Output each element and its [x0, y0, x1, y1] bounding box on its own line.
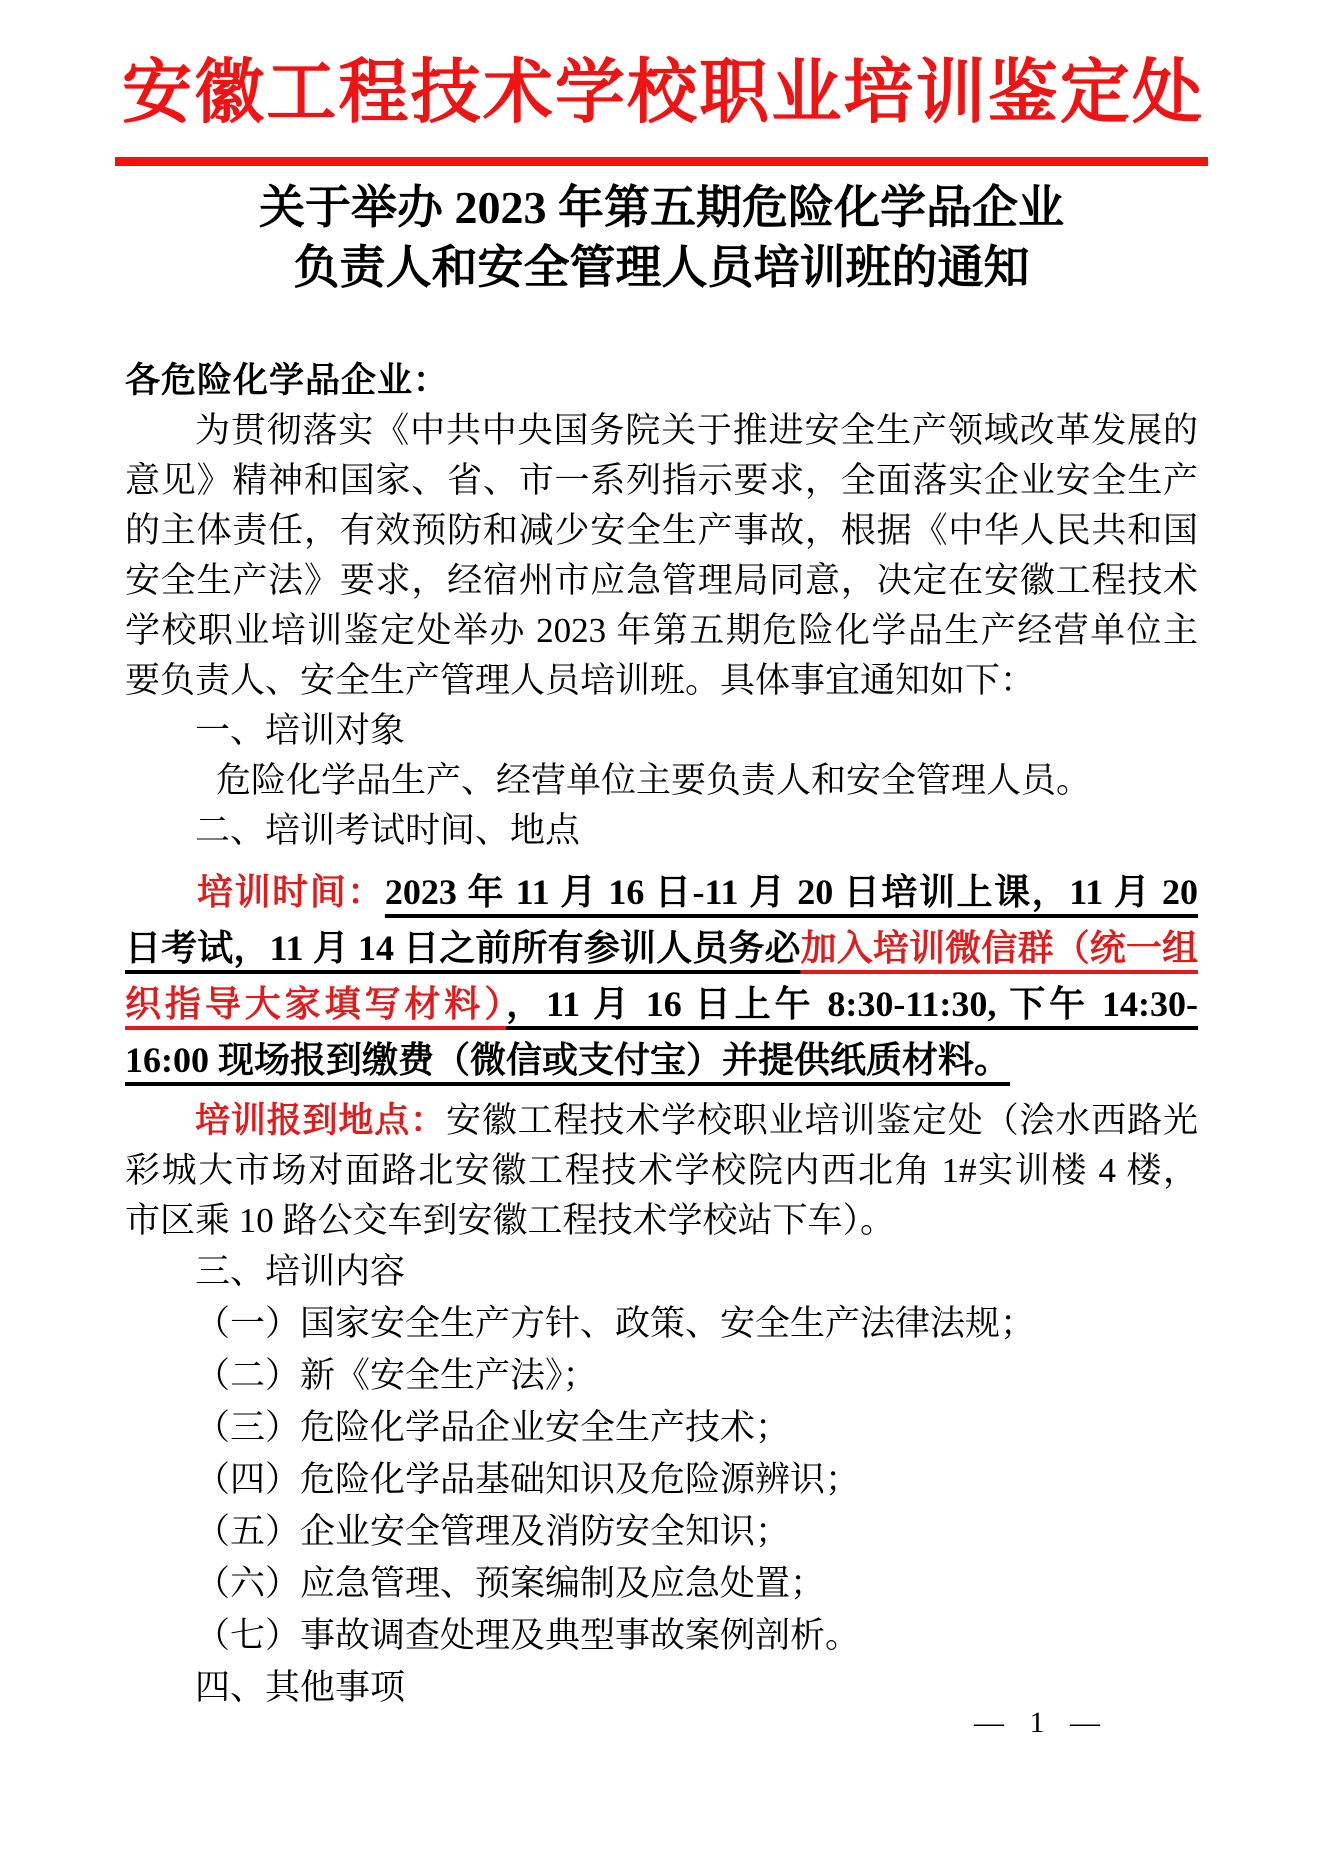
text-line: 彩城大市场对面路北安徽工程技术学校院内西北角 1#实训楼 4 楼， [125, 1146, 1198, 1196]
text-line: 各危险化学品企业： [125, 356, 1198, 406]
text-line: 二、培训考试时间、地点 [125, 806, 1198, 856]
text-run: ，11 月 16 日上午 8:30-11:30, 下午 14:30- [506, 984, 1198, 1024]
text-line: （七）事故调查处理及典型事故案例剖析。 [125, 1610, 1198, 1662]
text-run: 加入培训微信群（统一组 [801, 928, 1198, 968]
text-run: 二、培训考试时间、地点 [195, 811, 580, 850]
text-run: （三）危险化学品企业安全生产技术； [195, 1408, 790, 1447]
text-run: （二）新《安全生产法》； [195, 1356, 598, 1395]
text-line: 一、培训对象 [125, 706, 1198, 756]
text-line: （六）应急管理、预案编制及应急处置； [125, 1558, 1198, 1610]
section-address: 培训报到地点：安徽工程技术学校职业培训鉴定处（浍水西路光彩城大市场对面路北安徽工… [125, 1096, 1198, 1246]
text-line: （五）企业安全管理及消防安全知识； [125, 1506, 1198, 1558]
text-run: 的主体责任，有效预防和减少安全生产事故，根据《中华人民共和国 [125, 511, 1198, 550]
text-line: 培训时间：2023 年 11 月 16 日-11 月 20 日培训上课，11 月… [125, 864, 1198, 920]
text-line: （三）危险化学品企业安全生产技术； [125, 1402, 1198, 1454]
text-run: 16:00 现场报到缴费（微信或支付宝）并提供纸质材料。 [125, 1040, 1010, 1080]
text-run: 要负责人、安全生产管理人员培训班。具体事宜通知如下： [125, 661, 1035, 700]
notice-title: 关于举办 2023 年第五期危险化学品企业 负责人和安全管理人员培训班的通知 [0, 178, 1323, 298]
text-line: 的主体责任，有效预防和减少安全生产事故，根据《中华人民共和国 [125, 506, 1198, 556]
notice-title-line2: 负责人和安全管理人员培训班的通知 [0, 238, 1323, 298]
text-run: 安全生产法》要求，经宿州市应急管理局同意，决定在安徽工程技术 [125, 561, 1198, 600]
text-run: （一）国家安全生产方针、政策、安全生产法律法规； [195, 1304, 1035, 1343]
text-run: 日考试，11 月 14 日之前所有参训人员务必 [125, 928, 801, 968]
text-run: 各危险化学品企业： [125, 361, 449, 400]
text-run: （四）危险化学品基础知识及危险源辨识； [195, 1460, 860, 1499]
text-line: 三、培训内容 [125, 1246, 1198, 1298]
text-line: （一）国家安全生产方针、政策、安全生产法律法规； [125, 1298, 1198, 1350]
text-run: 彩城大市场对面路北安徽工程技术学校院内西北角 1#实训楼 4 楼， [125, 1151, 1198, 1190]
text-run: 培训报到地点： [195, 1101, 446, 1140]
section-intro: 各危险化学品企业：为贯彻落实《中共中央国务院关于推进安全生产领域改革发展的意见》… [125, 356, 1198, 856]
text-line: 学校职业培训鉴定处举办 2023 年第五期危险化学品生产经营单位主 [125, 606, 1198, 656]
text-run: 2023 年 11 月 16 日-11 月 20 日培训上课，11 月 20 [385, 872, 1198, 912]
letterhead-rule [115, 157, 1208, 166]
notice-title-line1: 关于举办 2023 年第五期危险化学品企业 [0, 178, 1323, 238]
text-run: （五）企业安全管理及消防安全知识； [195, 1512, 790, 1551]
text-run: （七）事故调查处理及典型事故案例剖析。 [195, 1616, 860, 1655]
text-run: 一、培训对象 [195, 711, 405, 750]
text-run: （六）应急管理、预案编制及应急处置； [195, 1564, 825, 1603]
section-content: 三、培训内容（一）国家安全生产方针、政策、安全生产法律法规；（二）新《安全生产法… [125, 1246, 1198, 1714]
text-line: 为贯彻落实《中共中央国务院关于推进安全生产领域改革发展的 [125, 406, 1198, 456]
text-line: 意见》精神和国家、省、市一系列指示要求，全面落实企业安全生产 [125, 456, 1198, 506]
text-line: 织指导大家填写材料），11 月 16 日上午 8:30-11:30, 下午 14… [125, 976, 1198, 1032]
text-line: 安全生产法》要求，经宿州市应急管理局同意，决定在安徽工程技术 [125, 556, 1198, 606]
text-run: 市区乘 10 路公交车到安徽工程技术学校站下车）。 [125, 1201, 895, 1240]
text-run: 培训时间： [197, 872, 385, 912]
text-run: 安徽工程技术学校职业培训鉴定处（浍水西路光 [446, 1101, 1198, 1140]
text-line: 培训报到地点：安徽工程技术学校职业培训鉴定处（浍水西路光 [125, 1096, 1198, 1146]
text-run: 三、培训内容 [195, 1252, 405, 1291]
text-line: （二）新《安全生产法》； [125, 1350, 1198, 1402]
text-line: 市区乘 10 路公交车到安徽工程技术学校站下车）。 [125, 1196, 1198, 1246]
text-line: 日考试，11 月 14 日之前所有参训人员务必加入培训微信群（统一组 [125, 920, 1198, 976]
text-run: 意见》精神和国家、省、市一系列指示要求，全面落实企业安全生产 [125, 461, 1198, 500]
text-run: 危险化学品生产、经营单位主要负责人和安全管理人员。 [216, 761, 1091, 800]
text-line: 16:00 现场报到缴费（微信或支付宝）并提供纸质材料。 [125, 1032, 1198, 1088]
text-line: 要负责人、安全生产管理人员培训班。具体事宜通知如下： [125, 656, 1198, 706]
page: 安徽工程技术学校职业培训鉴定处 关于举办 2023 年第五期危险化学品企业 负责… [0, 0, 1323, 1871]
text-run: 为贯彻落实《中共中央国务院关于推进安全生产领域改革发展的 [195, 411, 1198, 450]
section-highlight: 培训时间：2023 年 11 月 16 日-11 月 20 日培训上课，11 月… [125, 864, 1198, 1088]
text-line: （四）危险化学品基础知识及危险源辨识； [125, 1454, 1198, 1506]
text-run: 四、其他事项 [195, 1668, 405, 1707]
page-number: — 1 — [887, 1706, 1187, 1740]
text-run: 织指导大家填写材料） [125, 984, 506, 1024]
letterhead-title: 安徽工程技术学校职业培训鉴定处 [122, 42, 1202, 146]
text-run: 学校职业培训鉴定处举办 2023 年第五期危险化学品生产经营单位主 [125, 611, 1198, 650]
text-line: 危险化学品生产、经营单位主要负责人和安全管理人员。 [125, 756, 1198, 806]
document-body: 各危险化学品企业：为贯彻落实《中共中央国务院关于推进安全生产领域改革发展的意见》… [125, 356, 1198, 1714]
